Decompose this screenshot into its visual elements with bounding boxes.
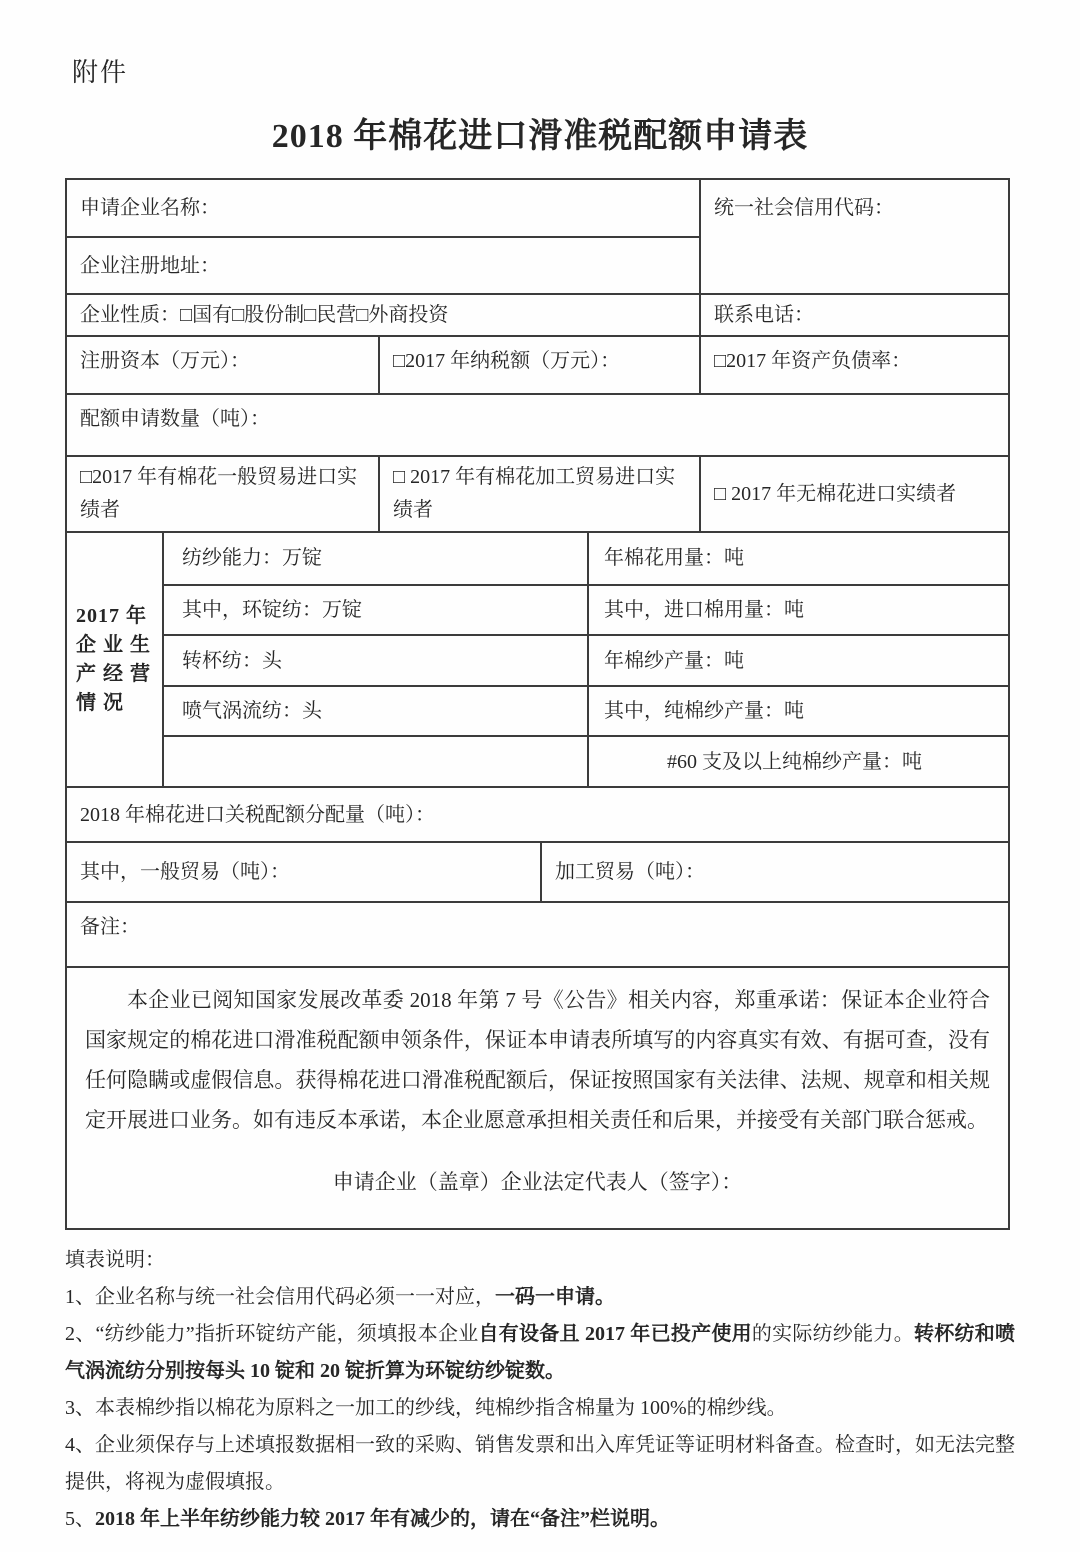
production-row-rotor-spinning: 转杯纺：头 年棉纱产量：吨 [162,634,1008,685]
contact-phone-cell: 联系电话： [699,295,1008,335]
ring-spinning-cell: 其中，环锭纺：万锭 [162,586,587,635]
production-row-count60: #60 支及以上纯棉纱产量：吨 [162,735,1008,786]
table-row-quota-quantity: 配额申请数量（吨）： [67,393,1008,455]
importer-type-none-cell: □ 2017 年无棉花进口实绩者 [699,457,1008,531]
instruction-item-3: 3、本表棉纱指以棉花为原料之一加工的纱线，纯棉纱指含棉量为 100%的棉纱线。 [65,1390,1015,1427]
rotor-spinning-cell: 转杯纺：头 [162,636,587,685]
signature-line: 申请企业（盖章）企业法定代表人（签字）： [85,1166,990,1196]
remarks-cell: 备注： [67,903,1008,966]
note-text-bold: 一码一申请。 [495,1286,615,1308]
registered-address-cell: 企业注册地址： [67,236,699,293]
production-header-line: 产 经 营 [76,660,162,689]
table-row-remarks: 备注： [67,901,1008,966]
note-text: 的实际纺纱能力。 [752,1323,914,1345]
table-row-importer-type: □2017 年有棉花一般贸易进口实绩者 □ 2017 年有棉花加工贸易进口实绩者… [67,455,1008,531]
application-form-table: 申请企业名称： 企业注册地址： 统一社会信用代码： 企业性质：□国有□股份制□民… [65,178,1010,1230]
document-page: 附件 2018 年棉花进口滑准税配额申请表 申请企业名称： 企业注册地址： 统一… [0,0,1080,1552]
processing-trade-cell: 加工贸易（吨）： [540,843,1008,901]
note-text: 3、本表棉纱指以棉花为原料之一加工的纱线，纯棉纱指含棉量为 100%的棉纱线。 [65,1397,787,1419]
yarn-output-cell: 年棉纱产量：吨 [587,636,1008,685]
debt-ratio-cell: □2017 年资产负债率： [699,337,1008,393]
page-title: 2018 年棉花进口滑准税配额申请表 [0,108,1080,157]
table-row-declaration: 本企业已阅知国家发展改革委 2018 年第 7 号《公告》相关内容，郑重承诺：保… [67,966,1008,1228]
importer-type-processing-cell: □ 2017 年有棉花加工贸易进口实绩者 [378,457,699,531]
registered-capital-cell: 注册资本（万元）： [67,337,378,393]
instruction-item-2: 2、“纺纱能力”指折环锭纺产能，须填报本企业自有设备且 2017 年已投产使用的… [65,1316,1015,1390]
enterprise-nature-cell: 企业性质：□国有□股份制□民营□外商投资 [67,295,699,335]
instruction-item-4: 4、企业须保存与上述填报数据相一致的采购、销售发票和出入库凭证等证明材料备查。检… [65,1427,1015,1501]
production-row-ring-spinning: 其中，环锭纺：万锭 其中，进口棉用量：吨 [162,584,1008,635]
credit-code-cell: 统一社会信用代码： [699,180,1008,293]
table-row-nature-phone: 企业性质：□国有□股份制□民营□外商投资 联系电话： [67,293,1008,335]
table-row-capital-tax-debt: 注册资本（万元）： □2017 年纳税额（万元）： □2017 年资产负债率： [67,335,1008,393]
count60-yarn-cell: #60 支及以上纯棉纱产量：吨 [587,737,1008,786]
imported-cotton-usage-cell: 其中，进口棉用量：吨 [587,586,1008,635]
production-header-line: 企 业 生 [76,631,162,660]
quota-quantity-cell: 配额申请数量（吨）： [67,395,1008,455]
note-text: 1、企业名称与统一社会信用代码必须一一对应， [65,1286,495,1308]
production-vertical-header: 2017 年 企 业 生 产 经 营 情 况 [67,533,162,786]
spinning-capacity-cell: 纺纱能力：万锭 [162,533,587,584]
cotton-usage-cell: 年棉花用量：吨 [587,533,1008,584]
table-row-company-identity: 申请企业名称： 企业注册地址： 统一社会信用代码： [67,180,1008,293]
production-row-capacity: 纺纱能力：万锭 年棉花用量：吨 [162,533,1008,584]
table-row-allocation-2018: 2018 年棉花进口关税配额分配量（吨）： [67,786,1008,841]
note-text: 2、“纺纱能力”指折环锭纺产能，须填报本企业 [65,1323,478,1345]
note-text-bold: 2018 年上半年纺纱能力较 2017 年有减少的，请在“备注”栏说明。 [95,1508,670,1530]
production-header-line: 2017 年 [76,602,162,631]
production-rows: 纺纱能力：万锭 年棉花用量：吨 其中，环锭纺：万锭 其中，进口棉用量：吨 转杯纺… [162,533,1008,786]
note-text: 5、 [65,1508,95,1530]
declaration-paragraph: 本企业已阅知国家发展改革委 2018 年第 7 号《公告》相关内容，郑重承诺：保… [85,980,990,1140]
importer-type-general-cell: □2017 年有棉花一般贸易进口实绩者 [67,457,378,531]
tax-2017-cell: □2017 年纳税额（万元）： [378,337,699,393]
vortex-spinning-cell: 喷气涡流纺：头 [162,687,587,736]
table-row-trade-split: 其中，一般贸易（吨）： 加工贸易（吨）： [67,841,1008,901]
company-identity-left-stack: 申请企业名称： 企业注册地址： [67,180,699,293]
note-text-bold: 自有设备且 2017 年已投产使用 [478,1323,751,1345]
production-row-vortex-spinning: 喷气涡流纺：头 其中，纯棉纱产量：吨 [162,685,1008,736]
allocation-2018-cell: 2018 年棉花进口关税配额分配量（吨）： [67,788,1008,841]
attachment-label: 附件 [72,52,128,89]
empty-cell [162,737,587,786]
general-trade-cell: 其中，一般贸易（吨）： [67,843,540,901]
instruction-item-1: 1、企业名称与统一社会信用代码必须一一对应，一码一申请。 [65,1279,1015,1316]
filling-instructions: 填表说明： 1、企业名称与统一社会信用代码必须一一对应，一码一申请。 2、“纺纱… [65,1242,1015,1538]
instruction-item-5: 5、2018 年上半年纺纱能力较 2017 年有减少的，请在“备注”栏说明。 [65,1501,1015,1538]
pure-cotton-yarn-cell: 其中，纯棉纱产量：吨 [587,687,1008,736]
table-row-production-2017: 2017 年 企 业 生 产 经 营 情 况 纺纱能力：万锭 年棉花用量：吨 其… [67,531,1008,786]
note-text: 4、企业须保存与上述填报数据相一致的采购、销售发票和出入库凭证等证明材料备查。检… [65,1434,1015,1493]
production-header-line: 情 况 [76,689,162,718]
instructions-heading: 填表说明： [65,1242,1015,1279]
company-name-cell: 申请企业名称： [67,180,699,236]
